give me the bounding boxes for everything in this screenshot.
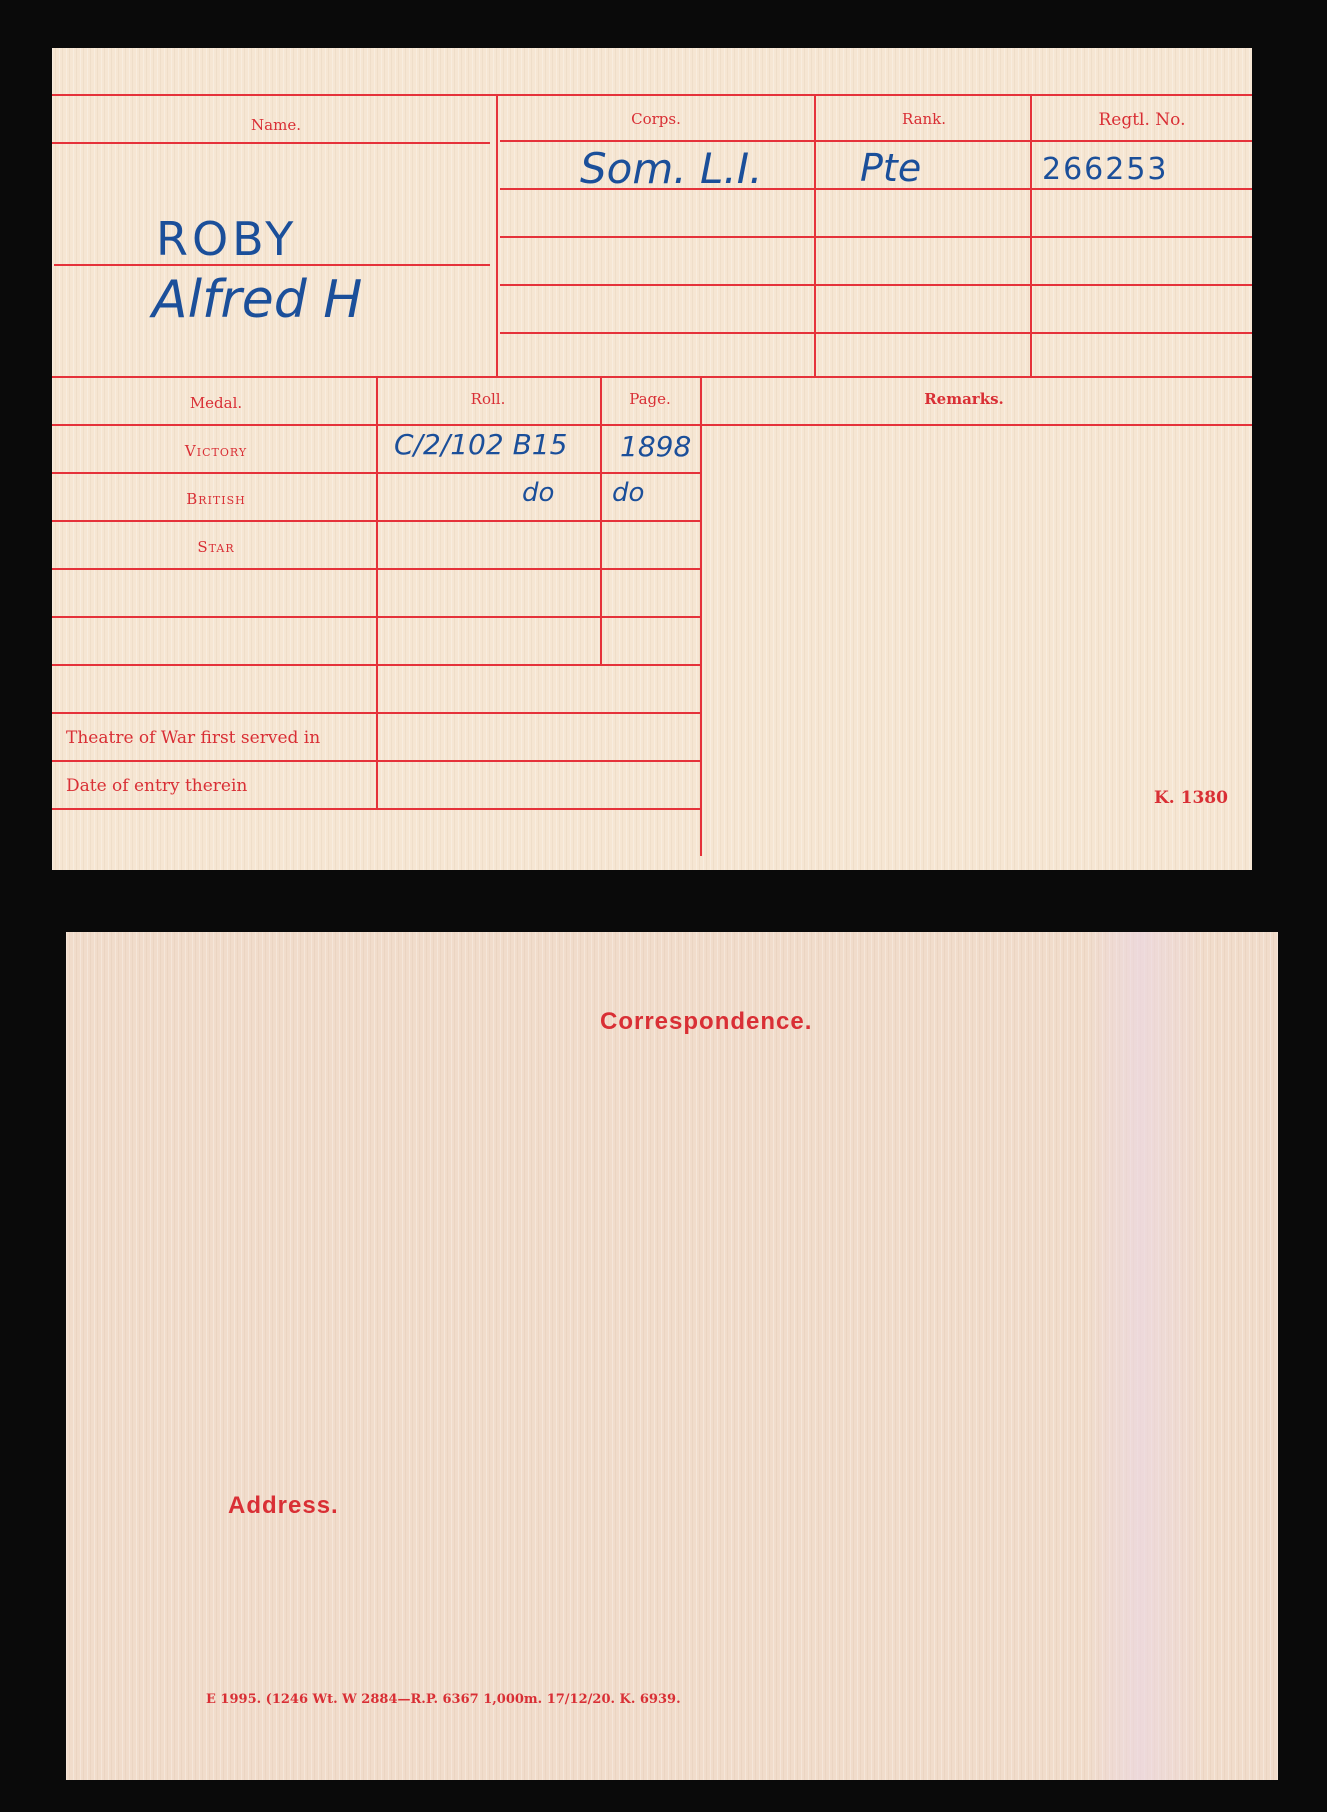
rule <box>500 332 1252 334</box>
medal-header: Medal. <box>190 394 242 412</box>
date-of-entry-label: Date of entry therein <box>66 776 247 796</box>
rule <box>814 94 816 378</box>
medal-label-victory: Victory <box>185 442 247 460</box>
rule <box>52 142 490 144</box>
corps-entry: Som. L.I. <box>580 144 762 193</box>
address-heading: Address. <box>228 1492 339 1520</box>
regtl-no-entry: 266253 <box>1042 152 1169 187</box>
rule <box>500 284 1252 286</box>
paper-shading <box>1086 932 1206 1780</box>
roll-header: Roll. <box>471 390 506 408</box>
remarks-header: Remarks. <box>924 390 1004 408</box>
forenames-entry: Alfred H <box>152 270 362 330</box>
medal-label-star: Star <box>197 538 234 556</box>
rule <box>1030 94 1032 378</box>
correspondence-heading: Correspondence. <box>600 1008 812 1036</box>
rule <box>500 236 1252 238</box>
roll-entry-victory: C/2/102 B15 <box>394 428 567 461</box>
page-entry-british: do <box>612 478 644 508</box>
rank-entry: Pte <box>860 146 921 190</box>
roll-entry-british: do <box>522 478 554 508</box>
rule <box>500 140 1252 142</box>
name-header: Name. <box>251 116 301 134</box>
rule <box>700 376 702 856</box>
medal-index-card-front: Name. Corps. Rank. Regtl. No. ROBY Alfre… <box>52 48 1252 870</box>
page-header: Page. <box>629 390 671 408</box>
rule <box>52 376 1252 378</box>
regtl-no-header: Regtl. No. <box>1098 110 1185 130</box>
medal-label-british: British <box>186 490 245 508</box>
rule <box>600 376 602 666</box>
printer-line: E 1995. (1246 Wt. W 2884—R.P. 6367 1,000… <box>206 1692 681 1707</box>
rule <box>496 94 498 378</box>
surname-entry: ROBY <box>156 212 297 266</box>
rule <box>52 424 1252 426</box>
page-entry-victory: 1898 <box>620 430 691 463</box>
form-code: K. 1380 <box>1154 788 1228 808</box>
theatre-of-war-label: Theatre of War first served in <box>66 728 320 748</box>
medal-index-card-back: Correspondence. Address. E 1995. (1246 W… <box>66 932 1278 1780</box>
rule <box>376 376 378 810</box>
rank-header: Rank. <box>902 110 946 128</box>
corps-header: Corps. <box>631 110 681 128</box>
rule <box>52 94 1252 96</box>
